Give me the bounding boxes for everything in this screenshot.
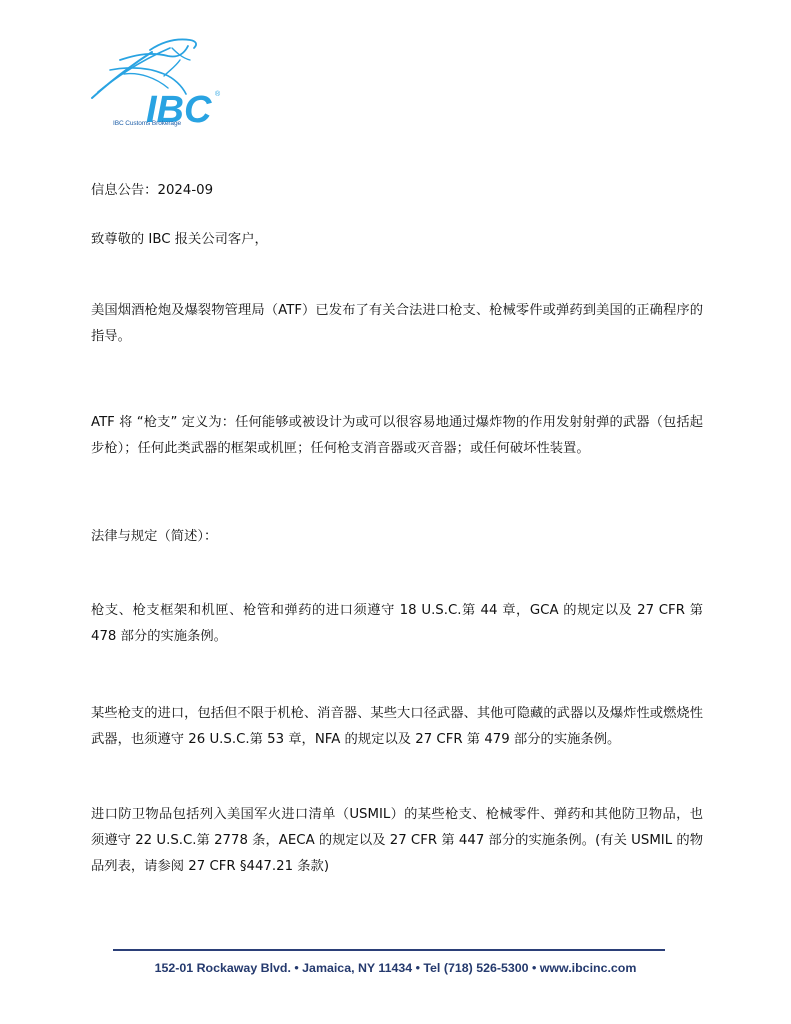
paragraph-gca: 枪支、枪支框架和机匣、枪管和弹药的进口须遵守 18 U.S.C.第 44 章，G… (91, 598, 703, 650)
footer-divider (113, 949, 665, 951)
runner-logo-icon: IBC ® (90, 30, 230, 130)
ibc-logo: IBC ® IBC Customs Brokerage (90, 30, 230, 135)
paragraph-atf-guidance: 美国烟酒枪炮及爆裂物管理局（ATF）已发布了有关合法进口枪支、枪械零件或弹药到美… (91, 298, 703, 350)
paragraph-firearm-definition: ATF 将 “枪支” 定义为：任何能够或被设计为或可以很容易地通过爆炸物的作用发… (91, 410, 703, 462)
greeting: 致尊敬的 IBC 报关公司客户， (91, 227, 703, 253)
svg-text:®: ® (215, 90, 221, 98)
paragraph-aeca: 进口防卫物品包括列入美国军火进口清单（USMIL）的某些枪支、枪械零件、弹药和其… (91, 802, 703, 880)
notice-title: 信息公告：2024-09 (91, 178, 703, 204)
section-heading-laws: 法律与规定（简述）： (91, 524, 703, 550)
logo-subtitle: IBC Customs Brokerage (113, 120, 181, 127)
paragraph-nfa: 某些枪支的进口，包括但不限于机枪、消音器、某些大口径武器、其他可隐藏的武器以及爆… (91, 701, 703, 753)
footer-address: 152-01 Rockaway Blvd. • Jamaica, NY 1143… (0, 961, 791, 975)
